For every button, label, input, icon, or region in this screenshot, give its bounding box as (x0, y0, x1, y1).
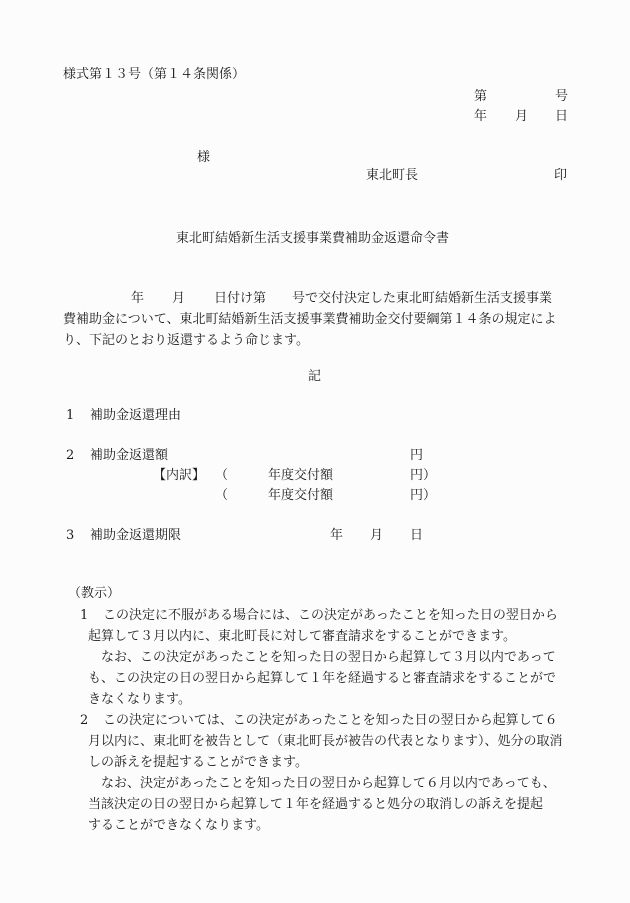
breakdown-row-2-text: 年度交付額 (268, 488, 333, 504)
item-3-year: 年 (330, 528, 343, 544)
breakdown-row-1-close: 円） (410, 468, 436, 484)
breakdown-label: 【内訳】 (153, 468, 205, 484)
notice-1-line-5: きなくなります。 (88, 692, 191, 708)
seal-mark: 印 (554, 168, 567, 184)
notice-2-line-4: なお、決定があったことを知った日の翌日から起算して６月以内であっても、 (88, 776, 556, 792)
form-label: 様式第１３号（第１４条関係） (63, 67, 245, 83)
body-line-2: 費補助金について、東北町結婚新生活支援事業費補助金交付要綱第１４条の規定によ (63, 312, 556, 328)
date-month: 月 (515, 109, 528, 125)
breakdown-row-2-close: 円） (410, 488, 436, 504)
notice-1-line-4: も、この決定の日の翌日から起算して１年を経過すると審査請求をすることがで (88, 671, 556, 687)
body-line-1: 日付け第 号で交付決定した東北町結婚新生活支援事業 (214, 291, 552, 307)
item-1-label: 補助金返還理由 (90, 408, 181, 424)
number-suffix: 号 (555, 89, 568, 105)
notice-1-number: 1 (80, 608, 88, 624)
notice-1-line-1: この決定に不服がある場合には、この決定があったことを知った日の翌日から (103, 608, 558, 624)
notice-2-line-6: することができなくなります。 (88, 818, 269, 834)
body-line-3: り、下記のとおり返還するよう命じます。 (63, 333, 309, 349)
item-3-month: 月 (370, 528, 383, 544)
notice-1-line-3: なお、この決定があったことを知った日の翌日から起算して３月以内であって (88, 650, 556, 666)
item-2-number: 2 (66, 448, 74, 464)
notice-2-number: 2 (80, 713, 88, 729)
document-title: 東北町結婚新生活支援事業費補助金返還命令書 (176, 231, 449, 247)
notice-1-line-2: 起算して３月以内に、東北町長に対して審査請求をすることができます。 (88, 629, 516, 645)
breakdown-row-2-open: （ (215, 488, 228, 504)
breakdown-row-1-text: 年度交付額 (268, 468, 333, 484)
body-month: 月 (172, 291, 185, 307)
body-year: 年 (131, 291, 144, 307)
item-3-number: 3 (66, 528, 74, 544)
item-2-label: 補助金返還額 (90, 448, 168, 464)
number-prefix: 第 (474, 89, 487, 105)
date-year: 年 (474, 109, 487, 125)
item-3-day: 日 (410, 528, 423, 544)
ki-heading: 記 (308, 369, 321, 385)
breakdown-row-1-open: （ (215, 468, 228, 484)
notice-2-line-2: 月以内に、東北町を被告として（東北町長が被告の代表となります）、処分の取消 (88, 734, 563, 750)
notice-2-line-5: 当該決定の日の翌日から起算して１年を経過すると処分の取消しの訴えを提起 (88, 797, 543, 813)
notice-2-line-1: この決定については、この決定があったことを知った日の翌日から起算して６ (103, 713, 558, 729)
issuer-name: 東北町長 (366, 168, 418, 184)
notice-2-line-3: しの訴えを提起することができます。 (88, 755, 308, 771)
item-1-number: 1 (66, 408, 74, 424)
notice-heading: （教示） (68, 586, 120, 602)
date-day: 日 (555, 109, 568, 125)
addressee-suffix: 様 (197, 150, 210, 166)
item-3-label: 補助金返還期限 (90, 528, 181, 544)
item-2-unit: 円 (410, 448, 423, 464)
